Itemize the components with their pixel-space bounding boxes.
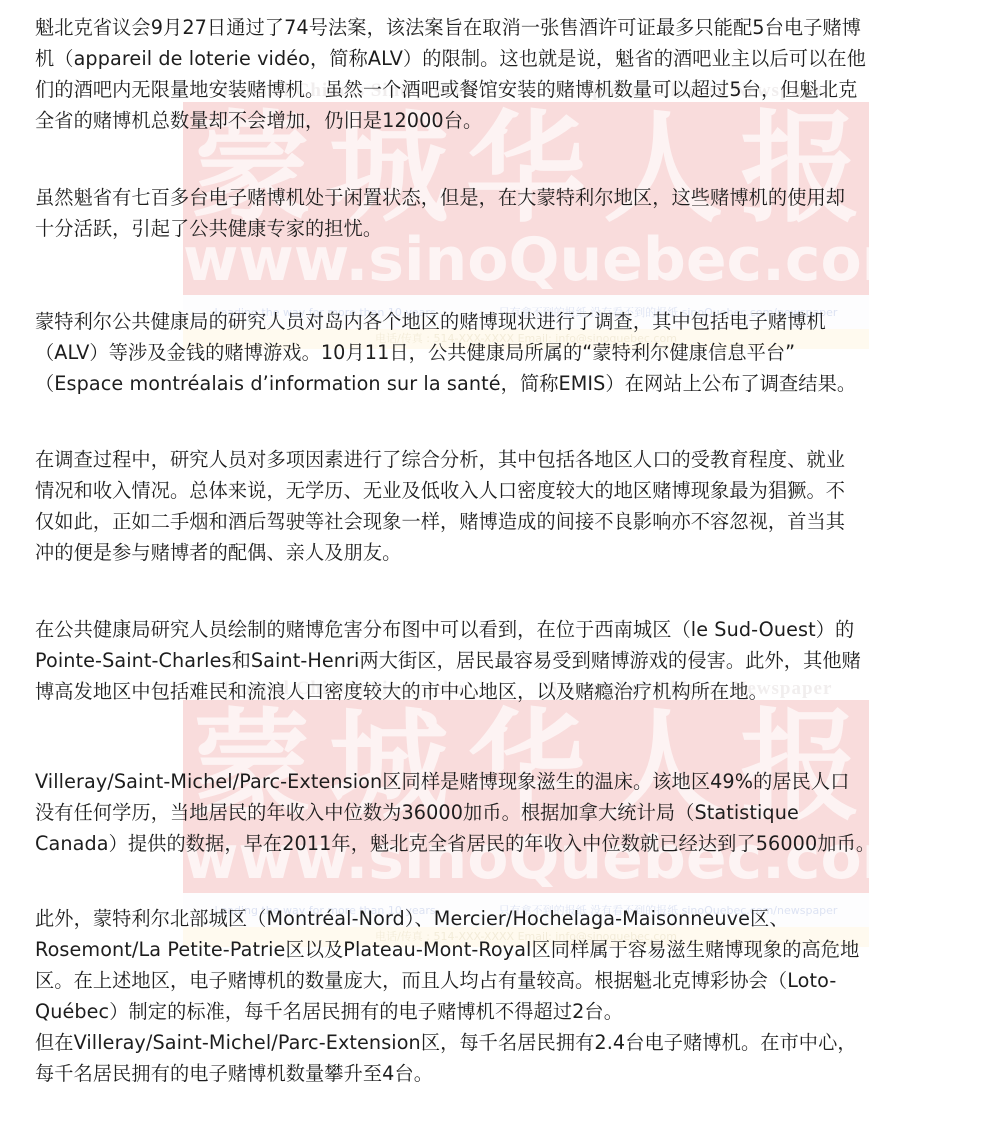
paragraph-line: 没有任何学历，当地居民的年收入中位数为36000加币。根据加拿大统计局（Stat… [35, 797, 875, 828]
paragraph-line: 们的酒吧内无限量地安装赌博机。虽然一个酒吧或餐馆安装的赌博机数量可以超过5台，但… [35, 74, 866, 105]
article-paragraph: Villeray/Saint-Michel/Parc-Extension区同样是… [35, 766, 875, 859]
paragraph-line: 仅如此，正如二手烟和酒后驾驶等社会现象一样，赌博造成的间接不良影响亦不容忽视，首… [35, 506, 845, 537]
paragraph-line: （Espace montréalais d’information sur la… [35, 368, 856, 399]
article-paragraph: 魁北克省议会9月27日通过了74号法案，该法案旨在取消一张售酒许可证最多只能配5… [35, 12, 866, 136]
paragraph-line: Canada）提供的数据，早在2011年，魁北克全省居民的年收入中位数就已经达到… [35, 828, 875, 859]
paragraph-line: 虽然魁省有七百多台电子赌博机处于闲置状态，但是，在大蒙特利尔地区，这些赌博机的使… [35, 182, 845, 213]
paragraph-line: 在调查过程中，研究人员对多项因素进行了综合分析，其中包括各地区人口的受教育程度、… [35, 444, 845, 475]
paragraph-line: 此外，蒙特利尔北部城区（Montréal-Nord）、Mercier/Hoche… [35, 903, 859, 934]
paragraph-line: 在公共健康局研究人员绘制的赌博危害分布图中可以看到，在位于西南城区（le Sud… [35, 614, 861, 645]
paragraph-line: 全省的赌博机总数量却不会增加，仍旧是12000台。 [35, 105, 866, 136]
paragraph-line: 十分活跃，引起了公共健康专家的担忧。 [35, 213, 845, 244]
paragraph-line: （ALV）等涉及金钱的赌博游戏。10月11日，公共健康局所属的“蒙特利尔健康信息… [35, 337, 856, 368]
paragraph-line: 但在Villeray/Saint-Michel/Parc-Extension区，… [35, 1027, 859, 1058]
article-paragraph: 蒙特利尔公共健康局的研究人员对岛内各个地区的赌博现状进行了调查，其中包括电子赌博… [35, 306, 856, 399]
paragraph-line: 魁北克省议会9月27日通过了74号法案，该法案旨在取消一张售酒许可证最多只能配5… [35, 12, 866, 43]
paragraph-line: Rosemont/La Petite-Patrie区以及Plateau-Mont… [35, 934, 859, 965]
paragraph-line: 区。在上述地区，电子赌博机的数量庞大，而且人均占有量较高。根据魁北克博彩协会（L… [35, 965, 859, 996]
paragraph-line: 蒙特利尔公共健康局的研究人员对岛内各个地区的赌博现状进行了调查，其中包括电子赌博… [35, 306, 856, 337]
article-paragraph: 在调查过程中，研究人员对多项因素进行了综合分析，其中包括各地区人口的受教育程度、… [35, 444, 845, 568]
article-paragraph: 虽然魁省有七百多台电子赌博机处于闲置状态，但是，在大蒙特利尔地区，这些赌博机的使… [35, 182, 845, 244]
paragraph-line: 每千名居民拥有的电子赌博机数量攀升至4台。 [35, 1058, 859, 1089]
article-paragraph: 在公共健康局研究人员绘制的赌博危害分布图中可以看到，在位于西南城区（le Sud… [35, 614, 861, 707]
paragraph-line: 机（appareil de loterie vidéo，简称ALV）的限制。这也… [35, 43, 866, 74]
article-paragraph: 此外，蒙特利尔北部城区（Montréal-Nord）、Mercier/Hoche… [35, 903, 859, 1089]
paragraph-line: Pointe-Saint-Charles和Saint-Henri两大街区，居民最… [35, 645, 861, 676]
paragraph-line: 博高发地区中包括难民和流浪人口密度较大的市中心地区，以及赌瘾治疗机构所在地。 [35, 676, 861, 707]
paragraph-line: 情况和收入情况。总体来说，无学历、无业及低收入人口密度较大的地区赌博现象最为猖獗… [35, 475, 845, 506]
paragraph-line: Villeray/Saint-Michel/Parc-Extension区同样是… [35, 766, 875, 797]
paragraph-line: 冲的便是参与赌博者的配偶、亲人及朋友。 [35, 537, 845, 568]
paragraph-line: Québec）制定的标准，每千名居民拥有的电子赌博机不得超过2台。 [35, 996, 859, 1027]
